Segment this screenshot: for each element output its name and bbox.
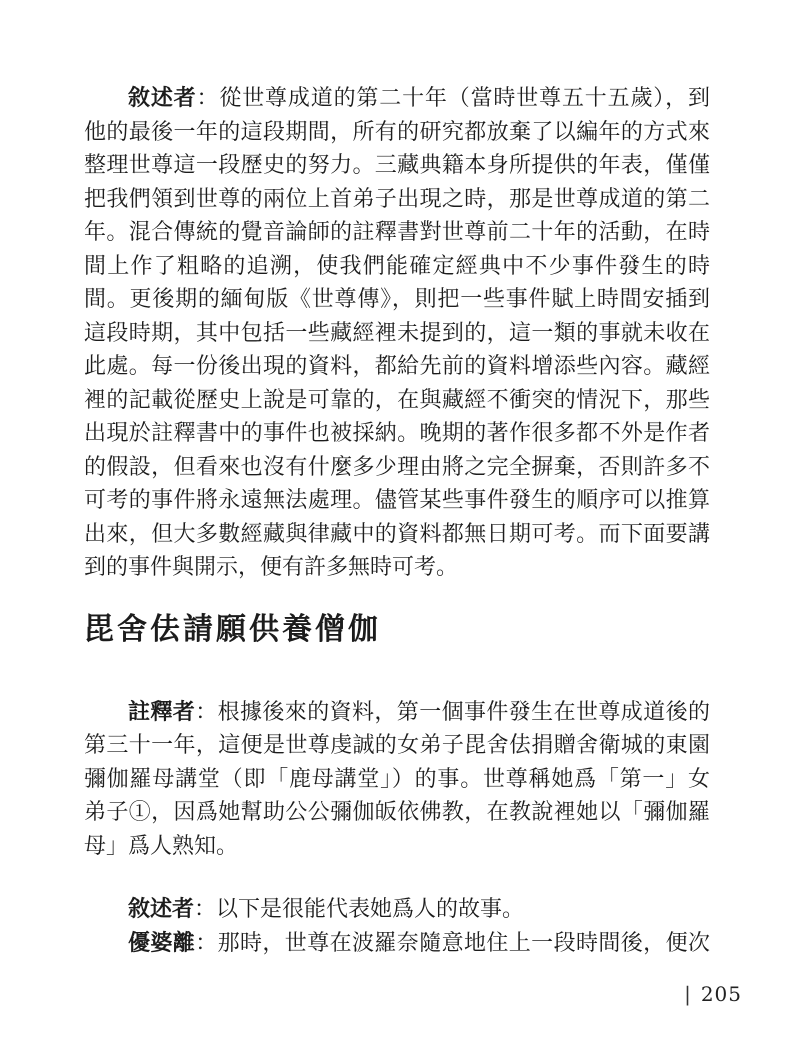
text-line: 到的事件與開示，便有許多無時可考。 (84, 551, 710, 585)
page-number: |205 (684, 982, 742, 1006)
line-text: ：從世尊成道的第二十年（當時世尊五十五歲），到 (197, 86, 710, 111)
paragraph: 敘述者：從世尊成道的第二十年（當時世尊五十五歲），到他的最後一年的這段期間，所有… (84, 82, 710, 585)
speaker-label: 優婆離 (128, 930, 195, 956)
paragraph: 敘述者：以下是很能代表她爲人的故事。 (84, 893, 710, 927)
speaker-label: 敘述者 (128, 896, 194, 922)
text-line: 出現於註釋書中的事件也被採納。晚期的著作很多都不外是作者 (84, 417, 710, 451)
book-page: 敘述者：從世尊成道的第二十年（當時世尊五十五歲），到他的最後一年的這段期間，所有… (0, 0, 792, 1056)
text-line: 優婆離：那時，世尊在波羅奈隨意地住上一段時間後，便次 (84, 927, 710, 961)
text-line: 裡的記載從歷史上說是可靠的，在與藏經不衝突的情況下，那些 (84, 384, 710, 418)
text-line: 彌伽羅母講堂（即「鹿母講堂」）的事。世尊稱她爲「第一」女 (84, 763, 710, 797)
paragraph: 優婆離：那時，世尊在波羅奈隨意地住上一段時間後，便次 (84, 927, 710, 961)
text-line: 敘述者：以下是很能代表她爲人的故事。 (84, 893, 710, 927)
text-line: 間上作了粗略的追溯，使我們能確定經典中不少事件發生的時 (84, 250, 710, 284)
paragraph-spacer (84, 863, 710, 893)
text-line: 整理世尊這一段歷史的努力。三藏典籍本身所提供的年表，僅僅 (84, 149, 710, 183)
page-number-value: 205 (701, 982, 742, 1006)
line-text: ：以下是很能代表她爲人的故事。 (194, 897, 524, 922)
text-line: 敘述者：從世尊成道的第二十年（當時世尊五十五歲），到 (84, 82, 710, 116)
text-line: 弟子①，因爲她幫助公公彌伽皈依佛教，在教說裡她以「彌伽羅 (84, 796, 710, 830)
section-heading: 毘舍佉請願供養僧伽 (84, 611, 710, 649)
text-line: 此處。每一份後出現的資料，都給先前的資料增添些內容。藏經 (84, 350, 710, 384)
line-text: ：那時，世尊在波羅奈隨意地住上一段時間後，便次 (195, 931, 710, 956)
text-line: 這段時期，其中包括一些藏經裡未提到的，這一類的事就未收在 (84, 317, 710, 351)
text-line: 出來，但大多數經藏與律藏中的資料都無日期可考。而下面要講 (84, 518, 710, 552)
text-line: 第三十一年，這便是世尊虔誠的女弟子毘舍佉捐贈舍衛城的東園 (84, 729, 710, 763)
text-line: 可考的事件將永遠無法處理。儘管某些事件發生的順序可以推算 (84, 484, 710, 518)
paragraph: 註釋者：根據後來的資料，第一個事件發生在世尊成道後的第三十一年，這便是世尊虔誠的… (84, 696, 710, 864)
text-line: 間。更後期的緬甸版《世尊傳》，則把一些事件賦上時間安插到 (84, 283, 710, 317)
line-text: ：根據後來的資料，第一個事件發生在世尊成道後的 (195, 700, 710, 725)
text-line: 母」爲人熟知。 (84, 830, 710, 864)
text-line: 的假設，但看來也沒有什麼多少理由將之完全摒棄，否則許多不 (84, 451, 710, 485)
text-line: 年。混合傳統的覺音論師的註釋書對世尊前二十年的活動，在時 (84, 216, 710, 250)
text-line: 把我們領到世尊的兩位上首弟子出現之時，那是世尊成道的第二 (84, 183, 710, 217)
speaker-label: 註釋者 (128, 699, 195, 725)
text-line: 他的最後一年的這段期間，所有的研究都放棄了以編年的方式來 (84, 116, 710, 150)
text-line: 註釋者：根據後來的資料，第一個事件發生在世尊成道後的 (84, 696, 710, 730)
speaker-label: 敘述者 (128, 85, 197, 111)
page-number-separator: | (684, 982, 692, 1006)
text-column: 敘述者：從世尊成道的第二十年（當時世尊五十五歲），到他的最後一年的這段期間，所有… (84, 82, 710, 960)
